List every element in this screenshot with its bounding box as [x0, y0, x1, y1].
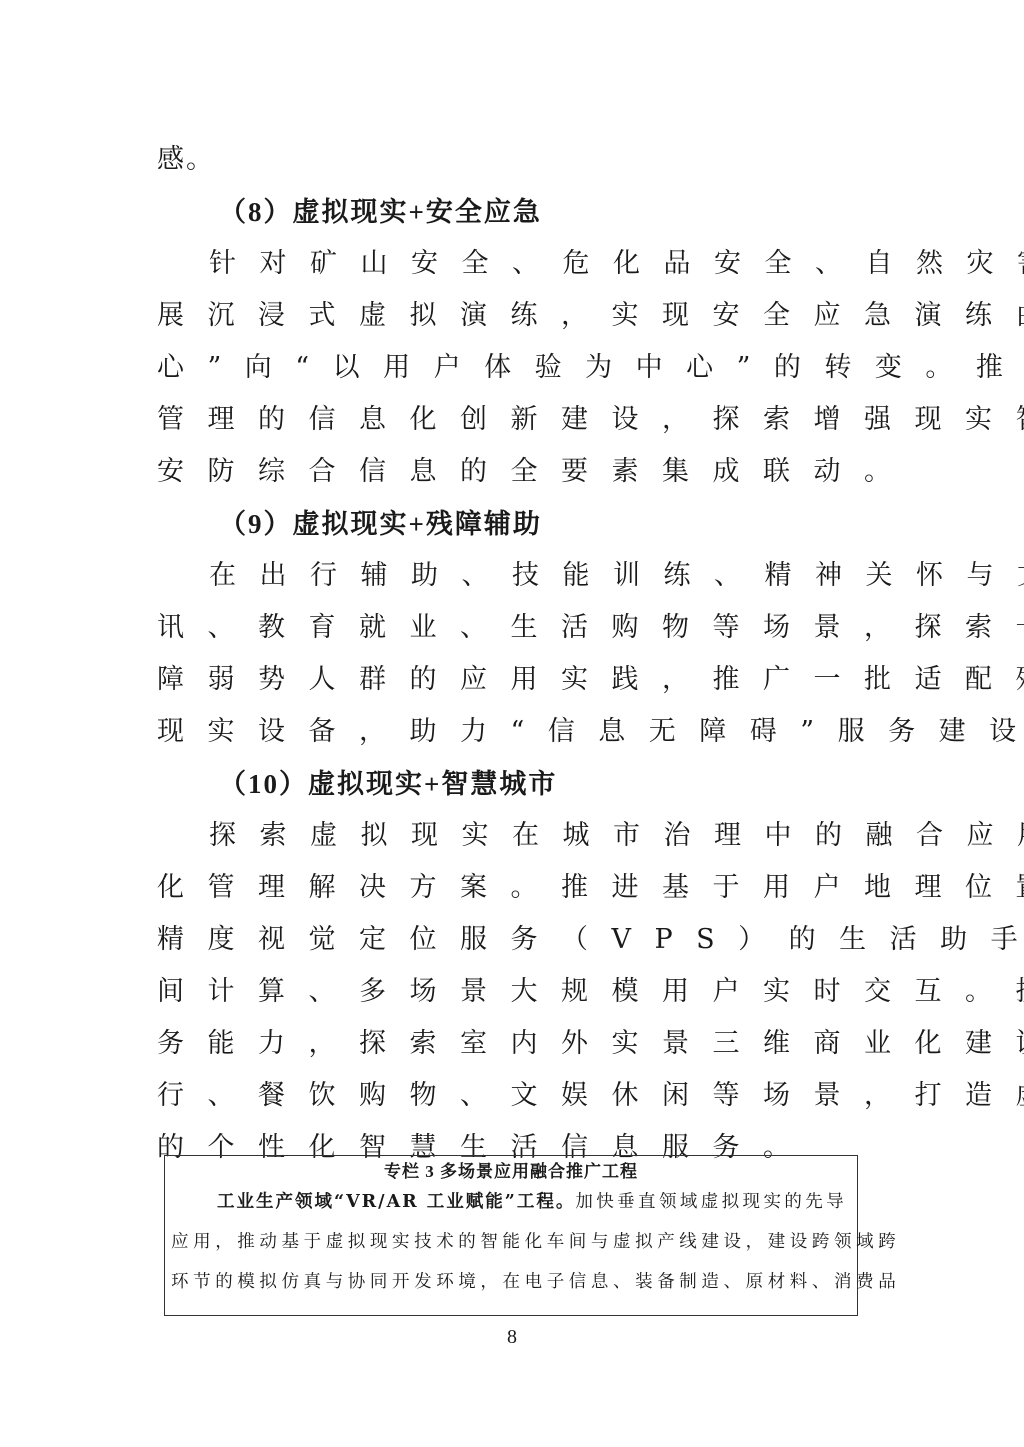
- paragraph-line: 针对矿山安全、危化品安全、自然灾害防治等场景，开: [157, 238, 869, 290]
- box-line: 应用，推动基于虚拟现实技术的智能化车间与虚拟产线建设，建设跨领域跨: [165, 1222, 857, 1262]
- paragraph-line: 讯、教育就业、生活购物等场景，探索一批虚拟现实赋能残: [157, 602, 869, 654]
- box-line-rest: 加快垂直领域虚拟现实的先导: [575, 1192, 847, 1212]
- paragraph-line: 精度视觉定位服务（VPS）的生活助手应用，支持厘米级空: [157, 914, 869, 966]
- paragraph-line: 探索虚拟现实在城市治理中的融合应用，形成城市可视: [157, 810, 869, 862]
- paragraph-line: 间计算、多场景大规模用户实时交互。提升数字空间运营服: [157, 966, 869, 1018]
- paragraph-line: 障弱势人群的应用实践，推广一批适配残障弱势人群的虚拟: [157, 654, 869, 706]
- paragraph-line: 在出行辅助、技能训练、精神关怀与文旅休闲、社交通: [157, 550, 869, 602]
- paragraph-line: 展沉浸式虚拟演练，实现安全应急演练由“以装备设施为中: [157, 290, 869, 342]
- document-body: 感。 （8）虚拟现实+安全应急 针对矿山安全、危化品安全、自然灾害防治等场景，开…: [157, 134, 869, 1174]
- continuation-text: 感。: [157, 134, 869, 186]
- box-bold-lead: 工业生产领域“VR/AR 工业赋能”工程。: [217, 1192, 575, 1212]
- paragraph-line: 化管理解决方案。推进基于用户地理位置服务（LBS）和高: [157, 862, 869, 914]
- paragraph-line: 管理的信息化创新建设，探索增强现实智能单兵系统，实现: [157, 394, 869, 446]
- paragraph-line: 务能力，探索室内外实景三维商业化建设模式，面向交通出: [157, 1018, 869, 1070]
- section-heading-8: （8）虚拟现实+安全应急: [157, 186, 869, 238]
- box-line: 环节的模拟仿真与协同开发环境，在电子信息、装备制造、原材料、消费品: [165, 1262, 857, 1302]
- page-number: 8: [0, 1326, 1024, 1349]
- paragraph-line: 现实设备，助力“信息无障碍”服务建设。: [157, 706, 869, 758]
- box-title: 专栏 3 多场景应用融合推广工程: [165, 1162, 857, 1182]
- section-heading-9: （9）虚拟现实+残障辅助: [157, 498, 869, 550]
- paragraph-line: 行、餐饮购物、文娱休闲等场景，打造虚实融合、高效便捷: [157, 1070, 869, 1122]
- box-line: 工业生产领域“VR/AR 工业赋能”工程。加快垂直领域虚拟现实的先导: [165, 1182, 857, 1222]
- section-heading-10: （10）虚拟现实+智慧城市: [157, 758, 869, 810]
- sidebar-box-column-3: 专栏 3 多场景应用融合推广工程 工业生产领域“VR/AR 工业赋能”工程。加快…: [164, 1155, 858, 1316]
- paragraph-line: 心”向“以用户体验为中心”的转变。推动智慧警务与应急: [157, 342, 869, 394]
- paragraph-line: 安防综合信息的全要素集成联动。: [157, 446, 869, 498]
